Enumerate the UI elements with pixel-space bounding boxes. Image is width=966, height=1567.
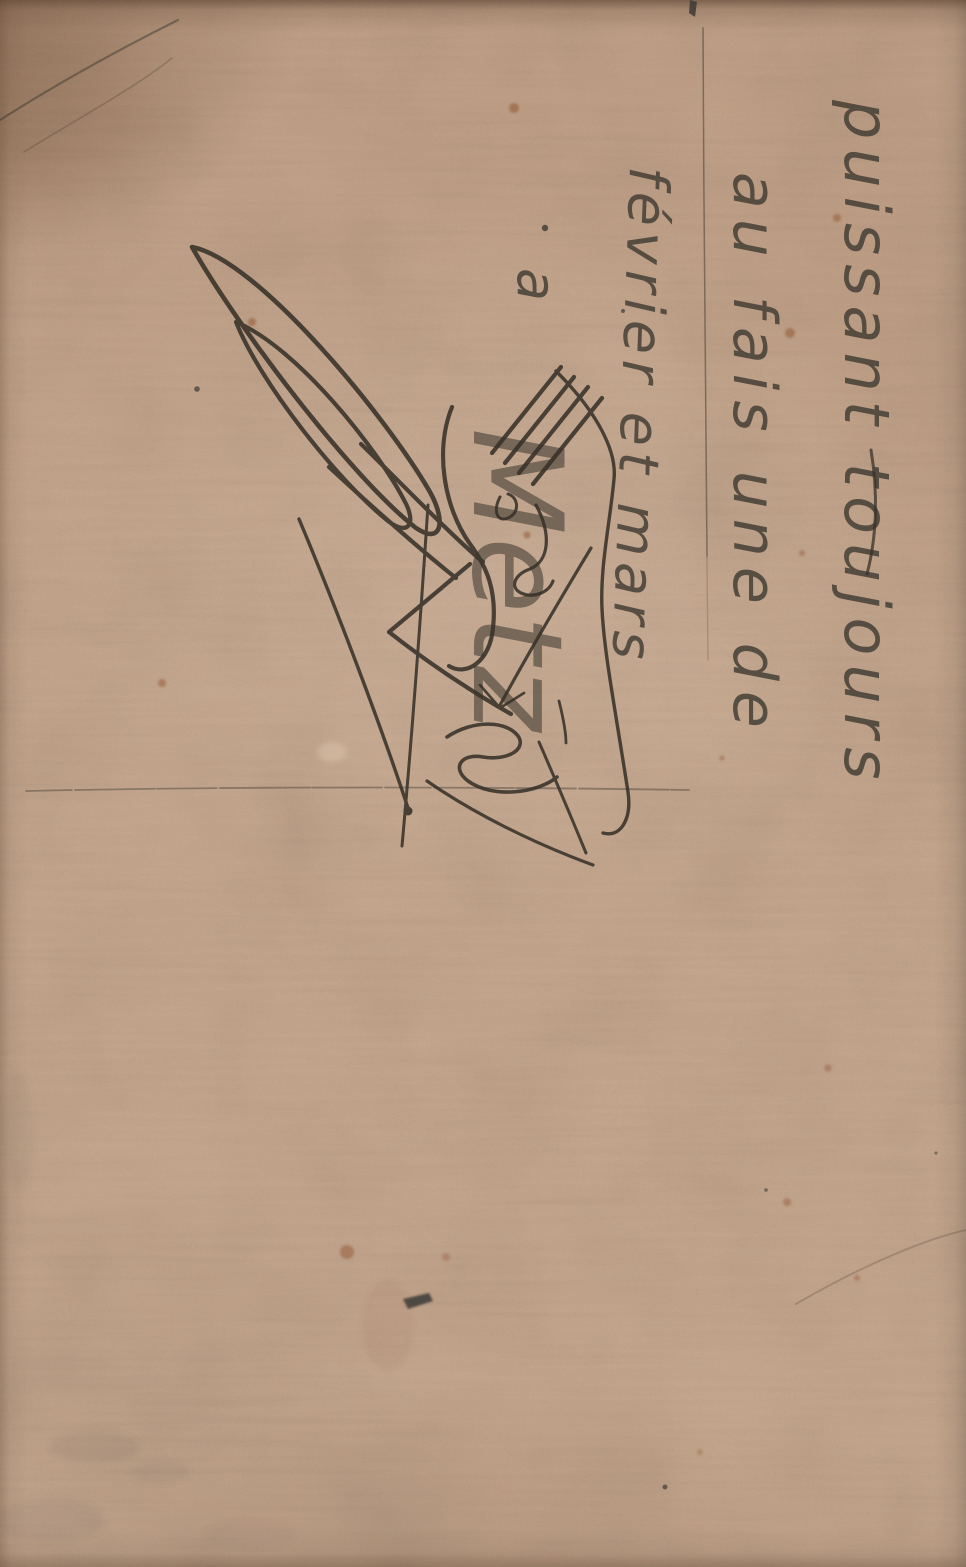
paper-texture [0, 0, 966, 1567]
postcard-artwork: puissant toujours au fais une de février… [0, 0, 966, 1567]
signature-tail-blob [404, 807, 413, 816]
stain-streak [362, 1280, 414, 1370]
handwriting-line-1: puissant toujours [830, 99, 903, 789]
postcard-scan: puissant toujours au fais une de février… [0, 0, 966, 1567]
handwriting-word-a: a [505, 268, 568, 301]
handwriting-line-2: au fais une de [719, 172, 789, 738]
shiny-patch [317, 742, 347, 762]
paper-grain-highlights [0, 0, 966, 1567]
